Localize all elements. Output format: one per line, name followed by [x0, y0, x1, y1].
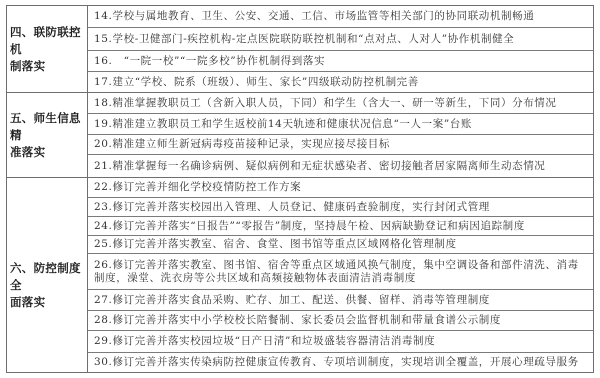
- table-row: 30.修订完善并落实传染病防控健康宣传教育、专项培训制度，实现培训全覆盖，开展心…: [88, 352, 593, 372]
- table-row: 19.精准建立教职员工和学生返校前14天轨迹和健康状况信息“一人一案”台账: [88, 113, 593, 134]
- table-row: 24.修订完善并落实“日报告”“零报告”制度，坚持晨午检、因病缺勤登记和病因追踪…: [88, 216, 593, 235]
- section-joint-prevention: 四、联防联控机 制落实 14.学校与属地教育、卫生、公安、交通、工信、市场监管等…: [7, 6, 593, 92]
- section-staff-student-info: 五、师生信息精 准落实 18.精准掌握教职员工（含新入职人员，下同）和学生（含大…: [7, 92, 593, 177]
- category-label-line: 制落实: [10, 58, 87, 75]
- item-list: 14.学校与属地教育、卫生、公安、交通、工信、市场监管等相关部门的协同联动机制畅…: [88, 6, 593, 92]
- table-row: 18.精准掌握教职员工（含新入职人员，下同）和学生（含大一、研一等新生，下同）分…: [88, 93, 593, 113]
- table-row: 25.修订完善并落实教室、宿舍、食堂、图书馆等重点区域网格化管理制度: [88, 235, 593, 253]
- category-label-line: 面落实: [10, 294, 87, 311]
- table-row: 23.修订完善并落实校园出入管理、人员登记、健康码查验制度，实行封闭式管理: [88, 197, 593, 216]
- category-cell: 六、防控制度全 面落实: [7, 178, 88, 372]
- table-row: 21.精准掌握每一名确诊病例、疑似病例和无症状感染者、密切接触者居家隔离师生动态…: [88, 154, 593, 177]
- table-row: 17.建立“学校、院系（班级）、师生、家长”四级联动防控机制完善: [88, 71, 593, 92]
- category-label-line: 四、联防联控机: [10, 24, 87, 58]
- table-row: 14.学校与属地教育、卫生、公安、交通、工信、市场监管等相关部门的协同联动机制畅…: [88, 6, 593, 27]
- table-row: 28.修订完善并落实中小学校校长陪餐制、家长委员会监督机制和带量食谱公示制度: [88, 310, 593, 330]
- category-cell: 五、师生信息精 准落实: [7, 93, 88, 177]
- prevention-checklist-table: 四、联防联控机 制落实 14.学校与属地教育、卫生、公安、交通、工信、市场监管等…: [6, 5, 594, 373]
- table-row: 22.修订完善并细化学校疫情防控工作方案: [88, 178, 593, 197]
- item-list: 18.精准掌握教职员工（含新入职人员，下同）和学生（含大一、研一等新生，下同）分…: [88, 93, 593, 177]
- section-prevention-system: 六、防控制度全 面落实 22.修订完善并细化学校疫情防控工作方案 23.修订完善…: [7, 177, 593, 372]
- table-row: 20.精准建立师生新冠病毒疫苗接种记录，实现应接尽接目标: [88, 134, 593, 154]
- item-list: 22.修订完善并细化学校疫情防控工作方案 23.修订完善并落实校园出入管理、人员…: [88, 178, 593, 372]
- table-row: 16. “一院一校”“一院多校”协作机制得到落实: [88, 50, 593, 71]
- table-row: 29.修订完善并落实校园垃圾“日产日清”和垃圾盛装容器清洁消毒制度: [88, 330, 593, 352]
- category-cell: 四、联防联控机 制落实: [7, 6, 88, 92]
- category-label-line: 准落实: [10, 144, 87, 161]
- table-row: 26.修订完善并落实教室、图书馆、宿舍等重点区域通风换气制度，集中空调设备和部件…: [88, 253, 593, 289]
- table-row: 27.修订完善并落实食品采购、贮存、加工、配送、供餐、留样、消毒等管理制度: [88, 289, 593, 310]
- category-label-line: 六、防控制度全: [10, 260, 87, 294]
- table-row: 15.学校-卫健部门-疾控机构-定点医院联防联控机制和“点对点、人对人”协作机制…: [88, 27, 593, 50]
- category-label-line: 五、师生信息精: [10, 110, 87, 144]
